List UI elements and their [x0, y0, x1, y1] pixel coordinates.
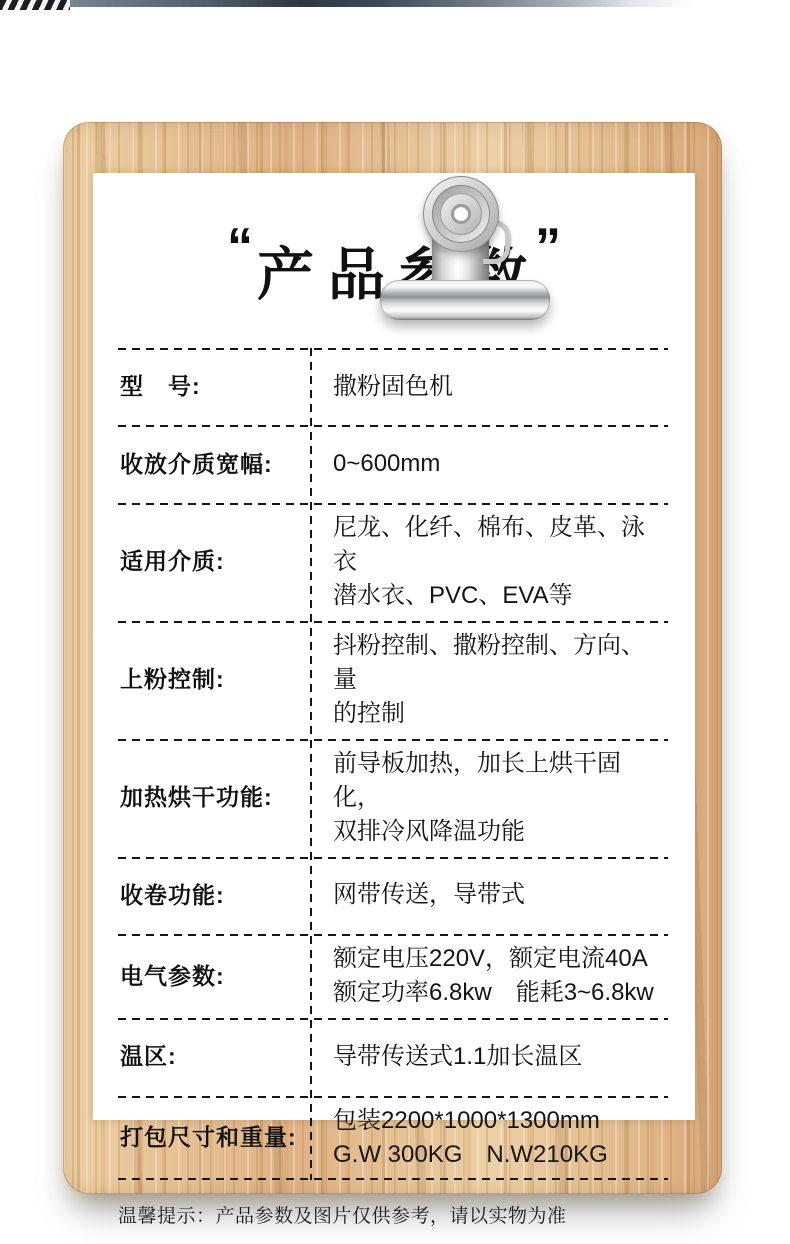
- table-row: 型 号: 撒粉固色机: [118, 348, 668, 425]
- table-row: 电气参数: 额定电压220V，额定电流40A 额定功率6.8kw 能耗3~6.8…: [118, 934, 668, 1018]
- spec-value: 网带传送，导带式: [310, 870, 668, 920]
- spec-value: 额定电压220V，额定电流40A 额定功率6.8kw 能耗3~6.8kw: [310, 934, 668, 1018]
- spec-label: 收卷功能:: [118, 872, 310, 919]
- spec-label: 型 号:: [118, 363, 310, 410]
- spec-value: 0~600mm: [310, 439, 668, 489]
- wooden-clipboard: “ 产品参数 ” 型 号: 撒粉固色机 收放介质宽幅: 0~600mm 适用介质…: [63, 122, 722, 1194]
- spec-label: 温区:: [118, 1033, 310, 1080]
- spec-value: 包装2200*1000*1300mm G.W 300KG N.W210KG: [310, 1096, 668, 1180]
- spec-label: 打包尺寸和重量:: [118, 1114, 310, 1161]
- footer-disclaimer: 温馨提示：产品参数及图片仅供参考，请以实物为准: [118, 1201, 670, 1228]
- table-row: 温区: 导带传送式1.1加长温区: [118, 1018, 668, 1095]
- page-title-text: 产品参数: [257, 211, 541, 311]
- spec-label: 适用介质:: [118, 538, 310, 585]
- page-title: “ 产品参数 ”: [93, 173, 695, 348]
- table-row: 适用介质: 尼龙、化纤、棉布、皮革、泳衣 潜水衣、PVC、EVA等: [118, 503, 668, 621]
- spec-value: 抖粉控制、撒粉控制、方向、量 的控制: [310, 621, 668, 739]
- open-quote: “: [227, 221, 253, 273]
- spec-sheet-paper: “ 产品参数 ” 型 号: 撒粉固色机 收放介质宽幅: 0~600mm 适用介质…: [93, 173, 695, 1120]
- spec-label: 加热烘干功能:: [118, 774, 310, 821]
- table-row: 收卷功能: 网带传送，导带式: [118, 857, 668, 934]
- close-quote: ”: [535, 221, 561, 273]
- table-row: 上粉控制: 抖粉控制、撒粉控制、方向、量 的控制: [118, 621, 668, 739]
- table-row: 打包尺寸和重量: 包装2200*1000*1300mm G.W 300KG N.…: [118, 1096, 668, 1180]
- table-row: 加热烘干功能: 前导板加热，加长上烘干固化， 双排冷风降温功能: [118, 739, 668, 857]
- spec-value: 撒粉固色机: [310, 362, 668, 412]
- table-row: 收放介质宽幅: 0~600mm: [118, 425, 668, 502]
- spec-value: 尼龙、化纤、棉布、皮革、泳衣 潜水衣、PVC、EVA等: [310, 503, 668, 621]
- product-parameters-poster: “ 产品参数 ” 型 号: 撒粉固色机 收放介质宽幅: 0~600mm 适用介质…: [0, 0, 790, 1244]
- spec-label: 收放介质宽幅:: [118, 441, 310, 488]
- spec-value: 导带传送式1.1加长温区: [310, 1032, 668, 1082]
- spec-label: 上粉控制:: [118, 656, 310, 703]
- spec-table: 型 号: 撒粉固色机 收放介质宽幅: 0~600mm 适用介质: 尼龙、化纤、棉…: [118, 348, 668, 1180]
- spec-value: 前导板加热，加长上烘干固化， 双排冷风降温功能: [310, 739, 668, 857]
- cropped-photo-remnant: [0, 0, 790, 7]
- spec-label: 电气参数:: [118, 953, 310, 1000]
